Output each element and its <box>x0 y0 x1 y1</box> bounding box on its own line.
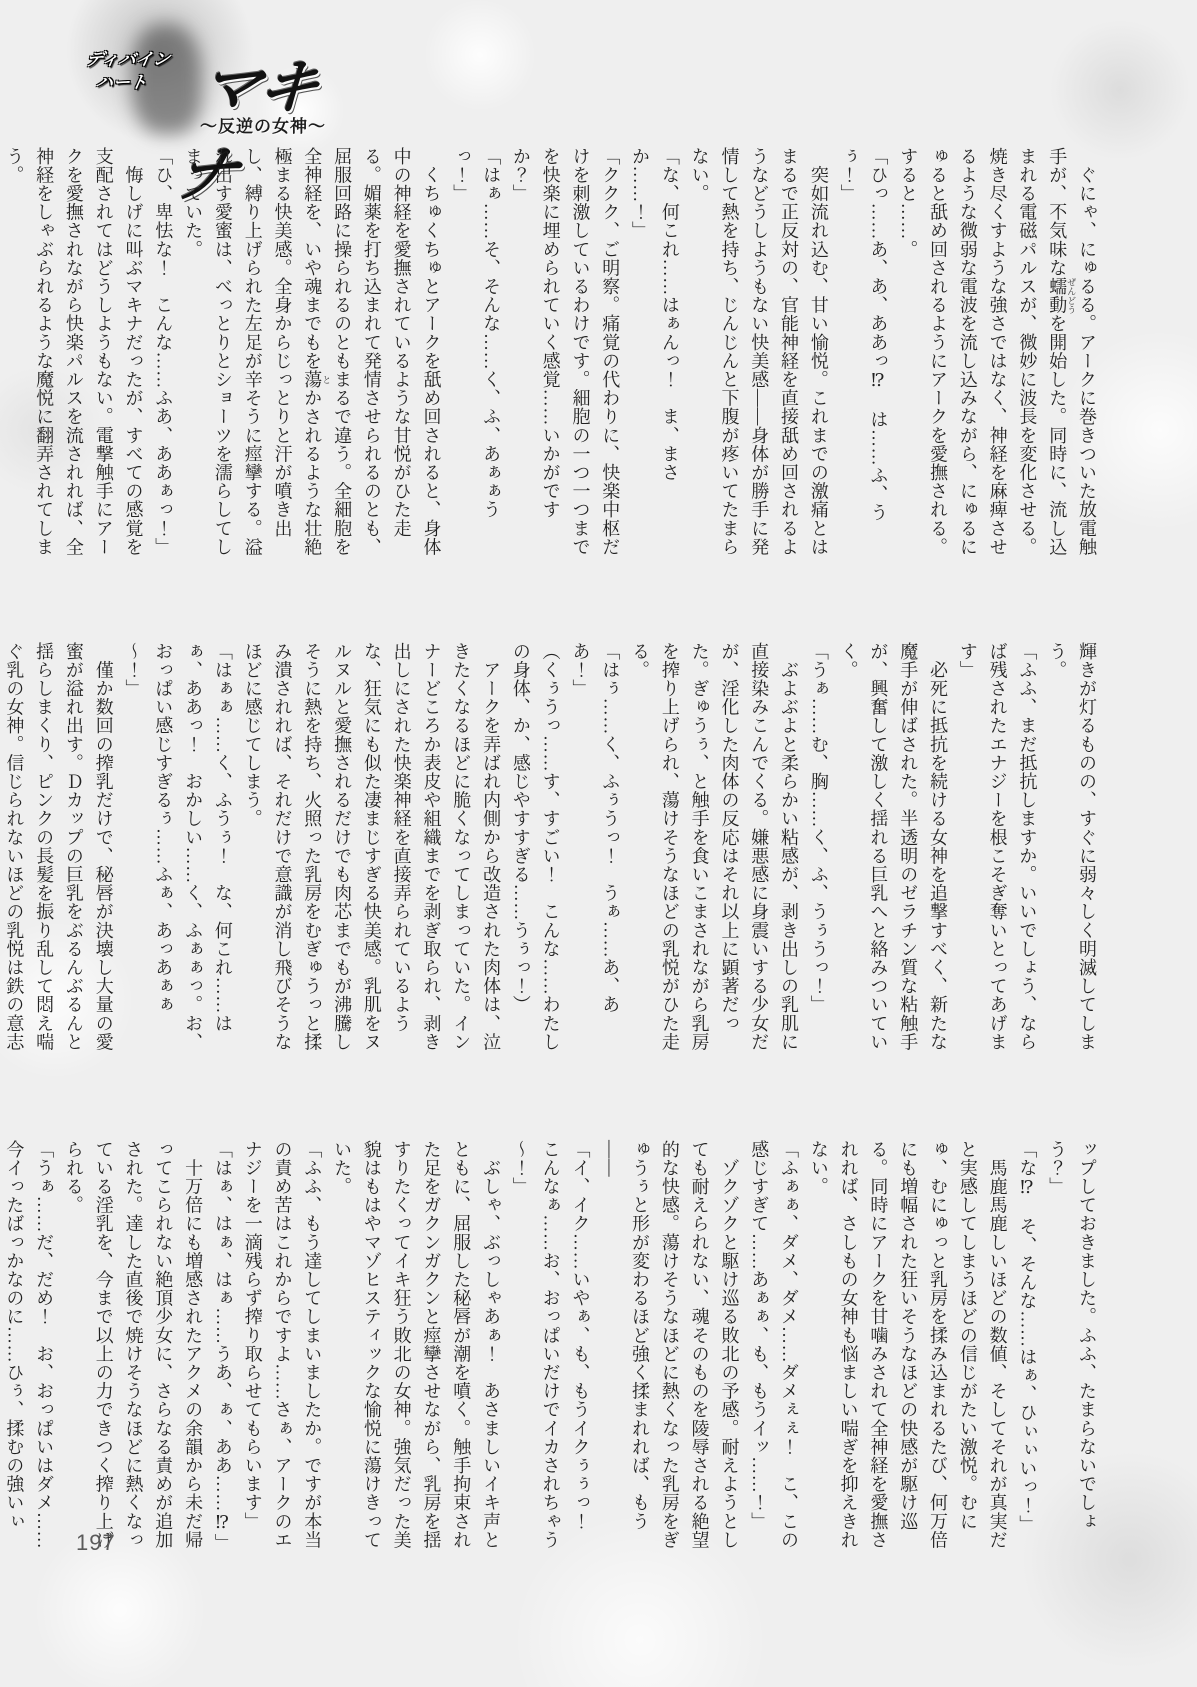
text-block-bottom: ップしておきました。ふふ、たまらないでしょう？」 「な⁉ そ、そんな……はぁ、ひ… <box>85 1140 1101 1555</box>
paragraph: ップしておきました。ふふ、たまらないでしょう？」 <box>1041 1140 1101 1555</box>
paragraph: 「ふふ、まだ抵抗しますか。いいでしょう、ならば残されたエナジーを根こそぎ奪いとっ… <box>952 642 1041 1057</box>
paragraph: 「はぁ、はぁ、はぁ……うあ、ぁ、ああ……⁉」 <box>207 1140 237 1555</box>
paragraph: 「な、何これ……はぁんっ！ ま、まさか……！」 <box>624 147 684 562</box>
paragraph: 十万倍にも増感されたアクメの余韻から未だ帰ってこられない絶頂少女に、さらなる責め… <box>58 1140 207 1555</box>
logo-line2: ハート <box>94 71 168 94</box>
logo-line1: ディバイン <box>84 48 172 71</box>
paragraph: 「うぁ……む、胸……く、ふ、うぅうっ！」 <box>803 642 833 1057</box>
paragraph: 「ひっ……あ、あ、ああっ⁉ は……ふ、うぅ！」 <box>833 147 893 562</box>
paragraph: 「ふぁぁ、ダメ、ダメ……ダメぇぇ！ こ、この感じすぎて……あぁぁ、も、もうイッ…… <box>743 1140 803 1555</box>
logo-series-name: ディバイン ハート <box>80 48 172 94</box>
paragraph: 「ひ、卑怯な！ こんな……ふあ、ああぁっ！」 <box>148 147 178 562</box>
book-page: ディバイン ハート マキナ ～反逆の女神～ ぐにゃ、にゅるる。アークに巻きついた… <box>0 0 1197 1687</box>
paragraph: 輝きが灯るものの、すぐに弱々しく明滅してしまう。 <box>1041 642 1101 1057</box>
page-number: 197 <box>76 1530 116 1556</box>
series-logo: ディバイン ハート マキナ ～反逆の女神～ <box>72 34 352 134</box>
paragraph: ゾクゾクと駆け巡る敗北の予感。耐えようとしても耐えられない、魂そのものを陵辱され… <box>594 1140 743 1555</box>
paragraph: 「ククク、ご明察。痛覚の代わりに、快楽中枢だけを刺激しているわけです。細胞の一つ… <box>505 147 624 562</box>
logo-subtitle: ～反逆の女神～ <box>200 112 326 137</box>
paragraph: 「うぁ……だ、だめ！ お、おっぱいはダメ……今イったばっかなのに……ひぅ、揉むの… <box>0 1140 58 1555</box>
paragraph: ぶしゃ、ぶっしゃあぁ！ あさましいイキ声とともに、屈服した秘唇が潮を噴く。触手拘… <box>326 1140 505 1555</box>
paragraph: 「はぅ……く、ふぅうっ！ うぁ……あ、ああ！」 <box>565 642 625 1057</box>
paragraph: ぐにゃ、にゅるる。アークに巻きついた放電触手が、不気味な蠕動ぜんどうを開始した。… <box>892 147 1101 562</box>
paragraph: （くぅうっ……す、すごい！ こんな……わたしの身体、か、感じやすすぎる……うぅっ… <box>505 642 565 1057</box>
paragraph: 「はぁぁ……く、ふうぅ！ な、何これ……はぁ、ああっ！ おかしい……く、ふぁぁっ… <box>118 642 237 1057</box>
paragraph: アークを弄ばれ内側から改造された肉体は、泣きたくなるほどに脆くなってしまっていた… <box>237 642 505 1057</box>
paragraph: 馬鹿馬鹿しいほどの数値、そしてそれが真実だと実感してしまうほどの信じがたい激悦。… <box>803 1140 1012 1555</box>
paragraph: 「な⁉ そ、そんな……はぁ、ひぃぃいっ！」 <box>1012 1140 1042 1555</box>
paragraph: くちゅくちゅとアークを舐め回されると、身体中の神経を愛撫されているような甘悦がひ… <box>177 147 445 562</box>
text-block-top: ぐにゃ、にゅるる。アークに巻きついた放電触手が、不気味な蠕動ぜんどうを開始した。… <box>85 147 1101 562</box>
paragraph: 僅か数回の搾乳だけで、秘唇が決壊し大量の愛蜜が溢れ出す。Ｄカップの巨乳をぶるんぶ… <box>0 642 118 1057</box>
paragraph: 「イ、イク……いやぁ、も、もうイクぅぅっ！ こんなぁ……お、おっぱいだけでイカさ… <box>505 1140 594 1555</box>
paragraph: 「ふふ、もう達してしまいましたか。ですが本当の責め苦はこれからですよ……さぁ、ア… <box>237 1140 326 1555</box>
paragraph: 悔しげに叫ぶマキナだったが、すべての感覚を支配されてはどうしようもない。電撃触手… <box>0 147 148 562</box>
text-block-middle: 輝きが灯るものの、すぐに弱々しく明滅してしまう。 「ふふ、まだ抵抗しますか。いい… <box>85 642 1101 1057</box>
paragraph: 突如流れ込む、甘い愉悦。これまでの激痛とはまるで正反対の、官能神経を直接舐め回さ… <box>684 147 833 562</box>
paragraph: ぶよぶよと柔らかい粘感が、剥き出しの乳肌に直接染みこんでくる。嫌悪感に身震いする… <box>624 642 803 1057</box>
paragraph: 必死に抵抗を続ける女神を追撃すべく、新たな魔手が伸ばされた。半透明のゼラチン質な… <box>833 642 952 1057</box>
paragraph: 「はぁ……そ、そんな……く、ふ、あぁぁうっ！」 <box>445 147 505 562</box>
